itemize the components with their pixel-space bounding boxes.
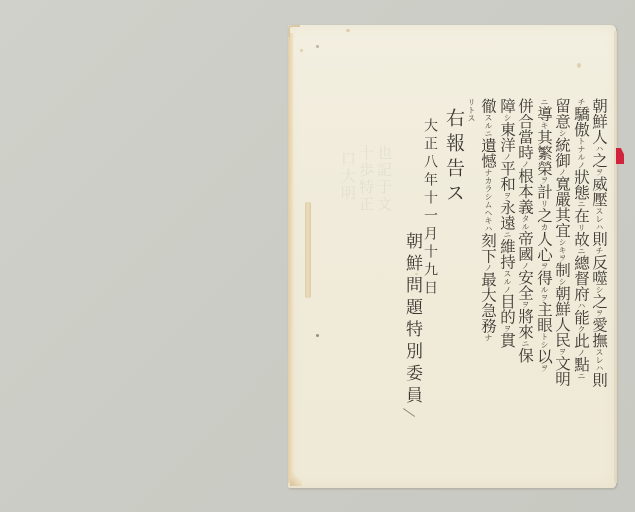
corner-fold-bottom (290, 472, 302, 486)
kanji-text: 在 (572, 208, 590, 224)
katakana-text: ヲ (540, 176, 549, 184)
katakana-text: トシ (540, 333, 549, 349)
katakana-text: ニ (577, 247, 586, 255)
kanji-text: 則 (590, 231, 608, 247)
report-phrase: 右報告ス (441, 108, 468, 208)
kanji-text: 永遠 (498, 200, 516, 231)
kanji-text: 平和 (498, 161, 516, 192)
kanji-text: 維持 (498, 239, 516, 270)
katakana-text: シ (558, 129, 567, 137)
katakana-text: スレハ (595, 348, 604, 372)
katakana-text: ヲ (540, 262, 549, 270)
katakana-text: ク (577, 325, 586, 333)
kanji-text: 狀態 (572, 169, 590, 200)
katakana-text: ニ (577, 372, 586, 380)
body-column-6: 障シ東洋ノ平和ヲ永遠ニ維持スルノ目的ヲ貫 (498, 98, 516, 348)
kanji-text: 威壓 (590, 176, 608, 207)
kanji-text: 點 (572, 357, 590, 373)
katakana-text: ヲ (521, 301, 530, 309)
page-spine (288, 33, 294, 483)
katakana-text: タル (521, 215, 530, 231)
kanji-text: 總督府 (572, 255, 590, 302)
foxing-stain (346, 29, 350, 32)
kanji-text: 將來 (516, 309, 534, 340)
kanji-text: 併合當時 (516, 98, 534, 160)
katakana-text: トナルノ (577, 137, 586, 169)
body-column-2: チ驕傲トナルノ狀態ニ在リ故ニ總督府ハ能ク此ノ點ニ (572, 98, 590, 380)
kanji-text: 保 (516, 348, 534, 364)
katakana-text: リトス (467, 98, 476, 122)
kanji-text: 寬嚴其宜 (553, 176, 571, 238)
katakana-text: スルニ (484, 114, 493, 138)
binding-tape (305, 202, 311, 298)
katakana-text: ナ (484, 334, 493, 342)
katakana-text: ノ (521, 160, 530, 168)
katakana-text: ノ (577, 349, 586, 357)
katakana-text: ニ (577, 200, 586, 208)
kanji-text: 之 (590, 153, 608, 169)
katakana-text: シ (595, 286, 604, 294)
kanji-text: 統御 (553, 137, 571, 168)
katakana-text: ニ (503, 231, 512, 239)
katakana-text: チ (595, 247, 604, 255)
body-column-5: 併合當時ノ根本義タル帝國ノ安全ヲ將來ニ保 (516, 98, 534, 363)
kanji-text: 愛撫 (590, 317, 608, 348)
kanji-text: 之 (590, 294, 608, 310)
kanji-text: 刻下 (479, 233, 497, 264)
foxing-stain (577, 63, 581, 68)
katakana-text: ヲ (503, 325, 512, 333)
kanji-text: 文明 (553, 356, 571, 387)
kanji-text: 則 (590, 372, 608, 388)
kanji-text: 朝鮮人 (590, 98, 608, 145)
kanji-text: 故 (572, 232, 590, 248)
katakana-text: リ (540, 200, 549, 208)
katakana-text: ノ (558, 168, 567, 176)
body-column-1: 朝鮮人ハ之ヲ威壓スレハ則チ反噬シ之ヲ愛撫スレハ則 (590, 98, 608, 388)
bleed-through-text: 也記于文 (374, 145, 395, 213)
kanji-text: 貫 (498, 333, 516, 349)
kanji-text: 其繁榮 (535, 130, 553, 177)
katakana-text: ナカラシムヘキハ (484, 169, 493, 233)
kanji-text: 此 (572, 333, 590, 349)
kanji-text: 計 (535, 184, 553, 200)
kanji-text: 能 (572, 310, 590, 326)
katakana-text: スレハ (595, 207, 604, 231)
katakana-text: ルヲ (540, 286, 549, 302)
katakana-text: スルノ (503, 270, 512, 294)
kanji-text: 朝鮮人民 (553, 286, 571, 348)
foxing-stain (300, 49, 303, 52)
katakana-text: ヲ (595, 309, 604, 317)
kanji-text: 以 (535, 349, 553, 365)
katakana-text: キ (540, 122, 549, 130)
katakana-text: リ (577, 224, 586, 232)
foxing-stain (316, 334, 319, 337)
katakana-text: ハ (577, 302, 586, 310)
katakana-text: ノ (521, 262, 530, 270)
body-column-4: ニ導キ其繁榮ヲ計リ之カ人心ヲ得ルヲ主眼トシ以ヲ (535, 98, 553, 372)
body-column-3: 留意シ統御ノ寬嚴其宜シキヲ制シ朝鮮人民ヲ文明 (553, 98, 571, 387)
kanji-text: 反噬 (590, 255, 608, 286)
katakana-text: ヲ (595, 168, 604, 176)
kanji-text: 之 (535, 208, 553, 224)
katakana-text: ニ (540, 98, 549, 106)
katakana-text: ヲ (540, 364, 549, 372)
kanji-text: 主眼 (535, 302, 553, 333)
katakana-text: シ (558, 278, 567, 286)
page-edge (614, 31, 617, 483)
katakana-text: ハ (595, 145, 604, 153)
kanji-text: 東洋 (498, 122, 516, 153)
kanji-text: 遺憾 (479, 138, 497, 169)
katakana-text: シ (503, 114, 512, 122)
corner-fold-top (288, 25, 300, 37)
kanji-text: 目的 (498, 294, 516, 325)
kanji-text: 留意 (553, 98, 571, 129)
katakana-text: カ (540, 223, 549, 231)
kanji-text: 根本義 (516, 168, 534, 215)
kanji-text: 人心 (535, 231, 553, 262)
katakana-text: ヲ (558, 348, 567, 356)
bleed-through-text: 十歩特正 (356, 145, 377, 213)
katakana-text: シキヲ (558, 238, 567, 262)
kanji-text: 驕傲 (572, 106, 590, 137)
kanji-text: 導 (535, 106, 553, 122)
kanji-text: 最大急務 (479, 272, 497, 334)
kanji-text: 障 (498, 98, 516, 114)
kanji-text: 安全 (516, 270, 534, 301)
katakana-text: チ (577, 98, 586, 106)
body-column-7: 徹スルニ遺憾ナカラシムヘキハ刻下ノ最大急務ナ (479, 98, 497, 342)
kanji-text: 帝國 (516, 231, 534, 262)
kanji-text: 得 (535, 270, 553, 286)
kanji-text: 制 (553, 262, 571, 278)
foxing-stain (316, 45, 319, 48)
katakana-text: ニ (521, 340, 530, 348)
katakana-text: ノ (484, 264, 493, 272)
katakana-text: ノ (503, 153, 512, 161)
bleed-through-text: 口大明 (338, 151, 359, 202)
katakana-text: ヲ (503, 192, 512, 200)
kanji-text: 徹 (479, 98, 497, 114)
signatory: 朝鮮問題特別委員 (400, 232, 425, 408)
